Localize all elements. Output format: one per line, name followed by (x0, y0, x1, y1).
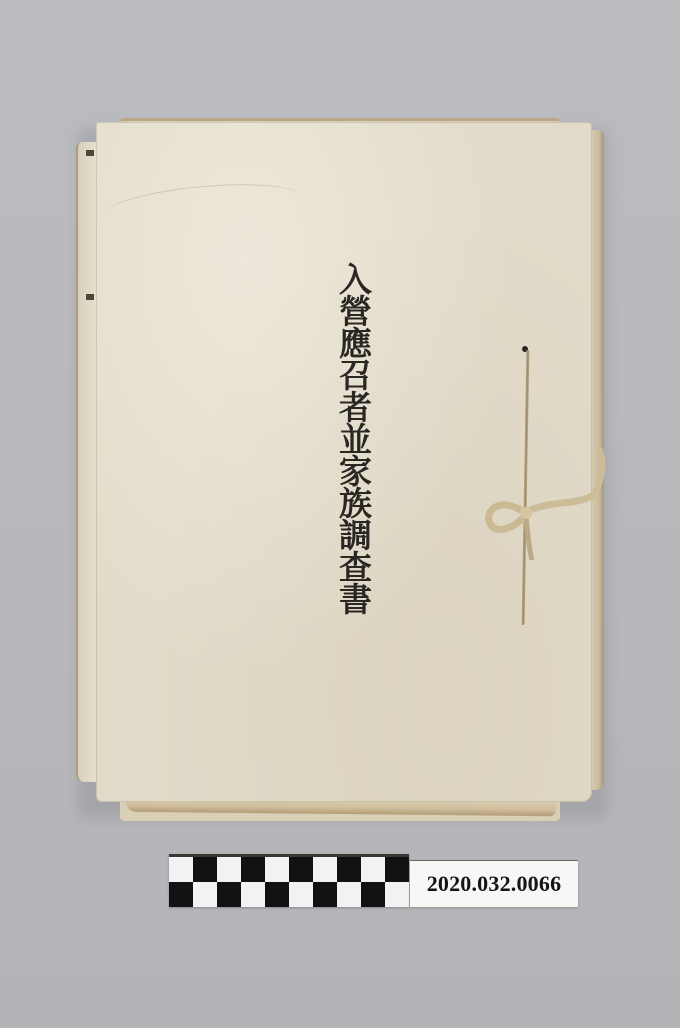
scale-square (361, 882, 385, 907)
scale-square (385, 857, 409, 882)
accession-number-label: 2020.032.0066 (410, 860, 578, 907)
scale-square (313, 882, 337, 907)
scale-square (361, 857, 385, 882)
scale-square (217, 882, 241, 907)
scale-square (241, 857, 265, 882)
spine-binding-mark (86, 294, 94, 300)
photo-stage: 入營應召者並家族調查書 2020.032.0066 (0, 0, 680, 1028)
color-scale-bar (169, 854, 409, 907)
scale-square (169, 857, 193, 882)
scale-square (265, 882, 289, 907)
scale-square (265, 857, 289, 882)
spine-binding-mark (86, 150, 94, 156)
cover-title-calligraphy: 入營應召者並家族調查書 (320, 262, 386, 622)
scale-square (337, 857, 361, 882)
string-bow-knot-icon (480, 440, 610, 560)
scale-square (169, 882, 193, 907)
scale-square (289, 857, 313, 882)
scale-square (385, 882, 409, 907)
scale-square (337, 882, 361, 907)
scale-square (313, 857, 337, 882)
scale-square (217, 857, 241, 882)
scale-square (193, 882, 217, 907)
scale-square (241, 882, 265, 907)
scale-square (193, 857, 217, 882)
scale-square (289, 882, 313, 907)
